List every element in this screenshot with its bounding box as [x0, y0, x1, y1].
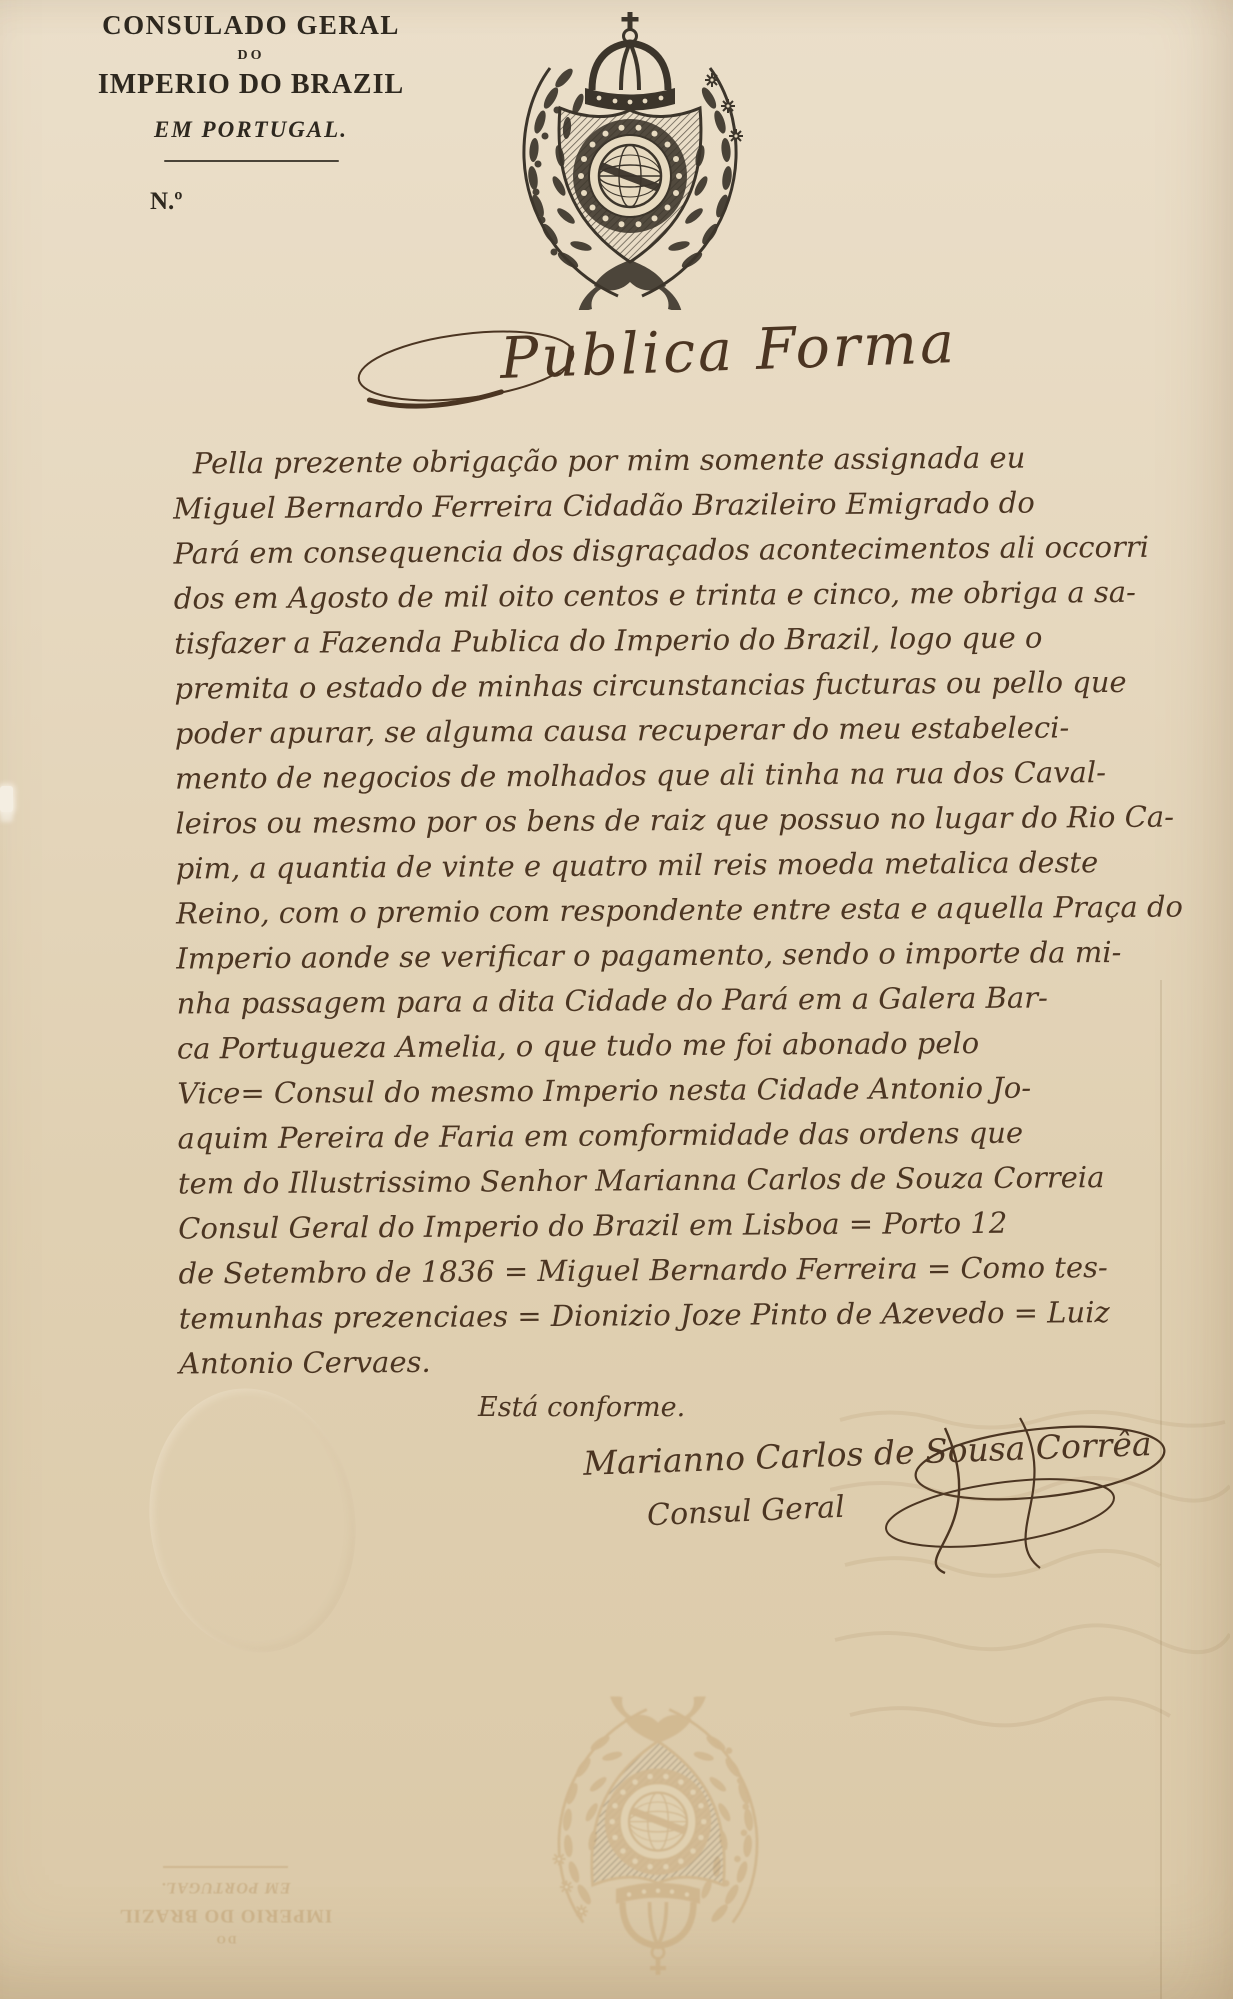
- letterhead: CONSULADO GERAL DO IMPERIO DO BRAZIL EM …: [96, 10, 406, 216]
- handwritten-line: Antonio Cervaes.: [179, 1334, 1199, 1386]
- handwritten-line: Pará em consequencia dos disgraçados aco…: [173, 524, 1193, 576]
- conforme-note: Está conforme.: [478, 1392, 685, 1423]
- handwritten-line: aquim Pereira de Faria em comformidade d…: [177, 1109, 1197, 1161]
- letterhead-rule: [164, 160, 339, 162]
- paper-edge-mark: [0, 786, 13, 812]
- imperial-coat-of-arms-icon: [448, 8, 812, 310]
- letterhead-line-imperio: IMPERIO DO BRAZIL: [96, 69, 406, 101]
- handwritten-line: Miguel Bernardo Ferreira Cidadão Brazile…: [173, 479, 1193, 531]
- handwritten-line: dos em Agosto de mil oito centos e trint…: [174, 569, 1194, 621]
- handwritten-line: nha passagem para a dita Cidade do Pará …: [176, 974, 1196, 1026]
- ghost-line-portugal: EM PORTUGAL.: [118, 1878, 333, 1896]
- handwritten-line: mento de negocios de molhados que ali ti…: [175, 749, 1195, 801]
- scanned-document-page: CONSULADO GERAL DO IMPERIO DO BRAZIL EM …: [0, 0, 1233, 1999]
- handwritten-line: temunhas prezenciaes = Dionizio Joze Pin…: [179, 1289, 1199, 1341]
- handwritten-line: Consul Geral do Imperio do Brazil em Lis…: [178, 1199, 1198, 1251]
- handwritten-line: tem do Illustrissimo Senhor Marianna Car…: [178, 1154, 1198, 1206]
- ghost-letterhead-rule: [163, 1866, 288, 1868]
- signature-title: Consul Geral: [646, 1490, 845, 1534]
- handwritten-line: leiros ou mesmo por os bens de raiz que …: [175, 794, 1195, 846]
- handwritten-line: premita o estado de minhas circunstancia…: [174, 659, 1194, 711]
- handwritten-line: Imperio aonde se verificar o pagamento, …: [176, 929, 1196, 981]
- embossed-seal-ghost: [133, 1375, 373, 1666]
- handwritten-line: Pella prezente obrigação por mim somente…: [173, 434, 1193, 486]
- handwritten-line: Vice= Consul do mesmo Imperio nesta Cida…: [177, 1064, 1197, 1116]
- handwritten-line: Reino, com o premio com respondente entr…: [176, 884, 1196, 936]
- document-number-label: N.º: [150, 188, 406, 216]
- handwritten-line: pim, a quantia de vinte e quatro mil rei…: [176, 839, 1196, 891]
- ghost-crest-icon: [488, 1696, 828, 1979]
- letterhead-line-do: DO: [96, 48, 406, 64]
- ghost-letterhead: EM PORTUGAL. IMPERIO DO BRAZIL DO: [118, 1866, 333, 1947]
- letterhead-line-portugal: EM PORTUGAL.: [96, 117, 406, 143]
- letterhead-line-consulado: CONSULADO GERAL: [96, 10, 406, 41]
- handwritten-line: tisfazer a Fazenda Publica do Imperio do…: [174, 614, 1194, 666]
- ghost-line-do: DO: [118, 1932, 333, 1947]
- paper-fold-line: [1160, 980, 1162, 1999]
- ghost-line-imperio: IMPERIO DO BRAZIL: [118, 1904, 333, 1926]
- handwritten-body: Pella prezente obrigação por mim somente…: [173, 434, 1200, 1386]
- handwritten-line: de Setembro de 1836 = Miguel Bernardo Fe…: [178, 1244, 1198, 1296]
- handwritten-line: poder apurar, se alguma causa recuperar …: [175, 704, 1195, 756]
- ghost-handwriting-marks: [830, 1380, 1230, 1800]
- handwritten-line: ca Portugueza Amelia, o que tudo me foi …: [177, 1019, 1197, 1071]
